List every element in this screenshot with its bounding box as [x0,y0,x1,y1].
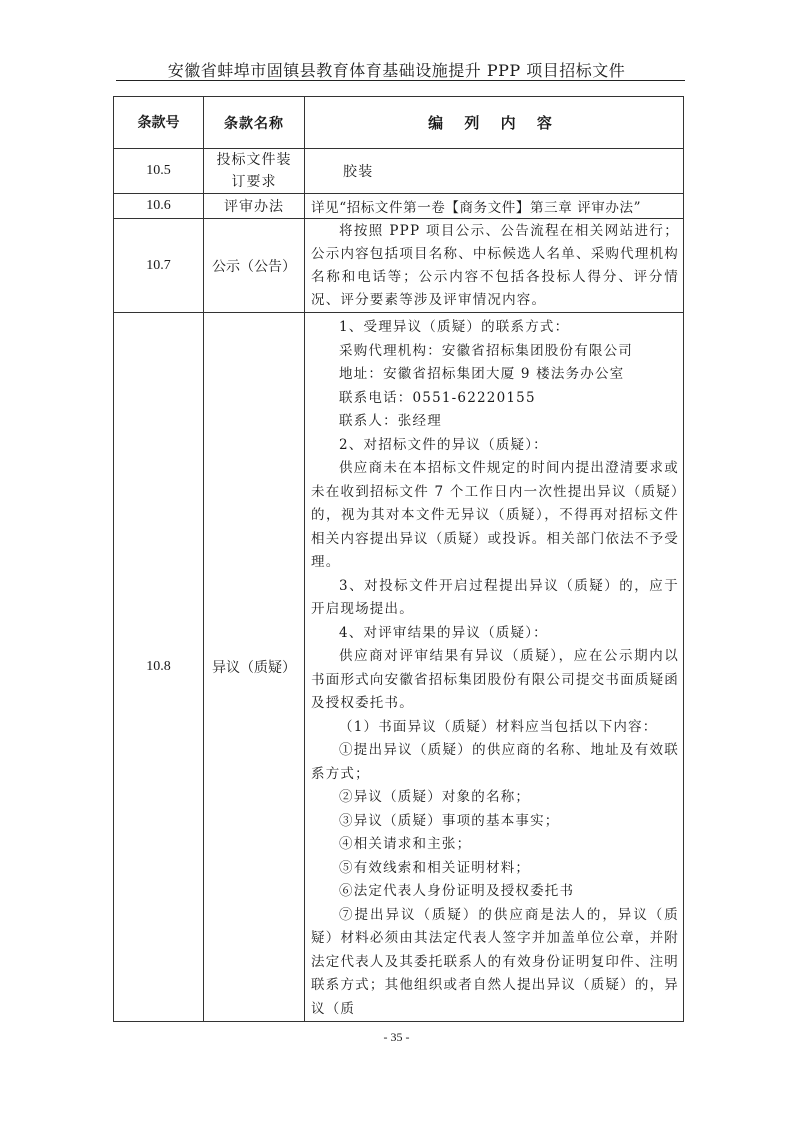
table-row: 10.6 评审办法 详见“招标文件第一卷【商务文件】第三章 评审办法” [114,194,684,219]
table-row: 10.8 异议（质疑） 1、受理异议（质疑）的联系方式： 采购代理机构：安徽省招… [114,313,684,1022]
clause-content: 1、受理异议（质疑）的联系方式： 采购代理机构：安徽省招标集团股份有限公司 地址… [305,313,684,1022]
content-paragraph: 将按照 PPP 项目公示、公告流程在相关网站进行；公示内容包括项目名称、中标候选… [311,220,679,312]
document-header-title: 安徽省蚌埠市固镇县教育体育基础设施提升 PPP 项目招标文件 [0,58,793,81]
clause-content: 详见“招标文件第一卷【商务文件】第三章 评审办法” [305,194,684,219]
content-paragraph: （1）书面异议（质疑）材料应当包括以下内容： [311,716,679,740]
clause-table: 条款号 条款名称 编 列 内 容 10.5 投标文件装订要求 胶装 10.6 评… [113,96,684,1022]
phone-line: 联系电话：0551-62220155 [311,387,679,411]
list-item: ⑦提出异议（质疑）的供应商是法人的，异议（质疑）材料必须由其法定代表人签字并加盖… [311,904,679,1022]
address-line: 地址：安徽省招标集团大厦 9 楼法务办公室 [311,363,679,387]
column-header-content: 编 列 内 容 [305,97,684,149]
clause-number: 10.7 [114,219,204,313]
content-paragraph: 1、受理异议（质疑）的联系方式： [311,316,679,340]
clause-content: 将按照 PPP 项目公示、公告流程在相关网站进行；公示内容包括项目名称、中标候选… [305,219,684,313]
content-paragraph: 供应商未在本招标文件规定的时间内提出澄清要求或未在收到招标文件 7 个工作日内一… [311,457,679,575]
content-paragraph: 4、对评审结果的异议（质疑）： [311,622,679,646]
clause-number: 10.5 [114,149,204,194]
contact-person-line: 联系人：张经理 [311,410,679,434]
clause-name: 公示（公告） [204,219,305,313]
list-item: ④相关请求和主张； [311,833,679,857]
list-item: ⑥法定代表人身份证明及授权委托书 [311,880,679,904]
clause-content: 胶装 [305,149,684,194]
table-header-row: 条款号 条款名称 编 列 内 容 [114,97,684,149]
header-divider [116,80,685,81]
list-item: ①提出异议（质疑）的供应商的名称、地址及有效联系方式； [311,739,679,786]
table-row: 10.7 公示（公告） 将按照 PPP 项目公示、公告流程在相关网站进行；公示内… [114,219,684,313]
clause-name: 投标文件装订要求 [204,149,305,194]
column-header-number: 条款号 [114,97,204,149]
clause-number: 10.8 [114,313,204,1022]
list-item: ③异议（质疑）事项的基本事实； [311,810,679,834]
table-row: 10.5 投标文件装订要求 胶装 [114,149,684,194]
column-header-name: 条款名称 [204,97,305,149]
page-number: - 35 - [0,1030,793,1045]
clause-number: 10.6 [114,194,204,219]
clause-name: 异议（质疑） [204,313,305,1022]
clause-name: 评审办法 [204,194,305,219]
content-paragraph: 供应商对评审结果有异议（质疑），应在公示期内以书面形式向安徽省招标集团股份有限公… [311,645,679,716]
content-paragraph: 2、对招标文件的异议（质疑）： [311,434,679,458]
list-item: ②异议（质疑）对象的名称； [311,786,679,810]
list-item: ⑤有效线索和相关证明材料； [311,857,679,881]
content-paragraph: 3、对投标文件开启过程提出异议（质疑）的，应于开启现场提出。 [311,575,679,622]
agency-line: 采购代理机构：安徽省招标集团股份有限公司 [311,340,679,364]
